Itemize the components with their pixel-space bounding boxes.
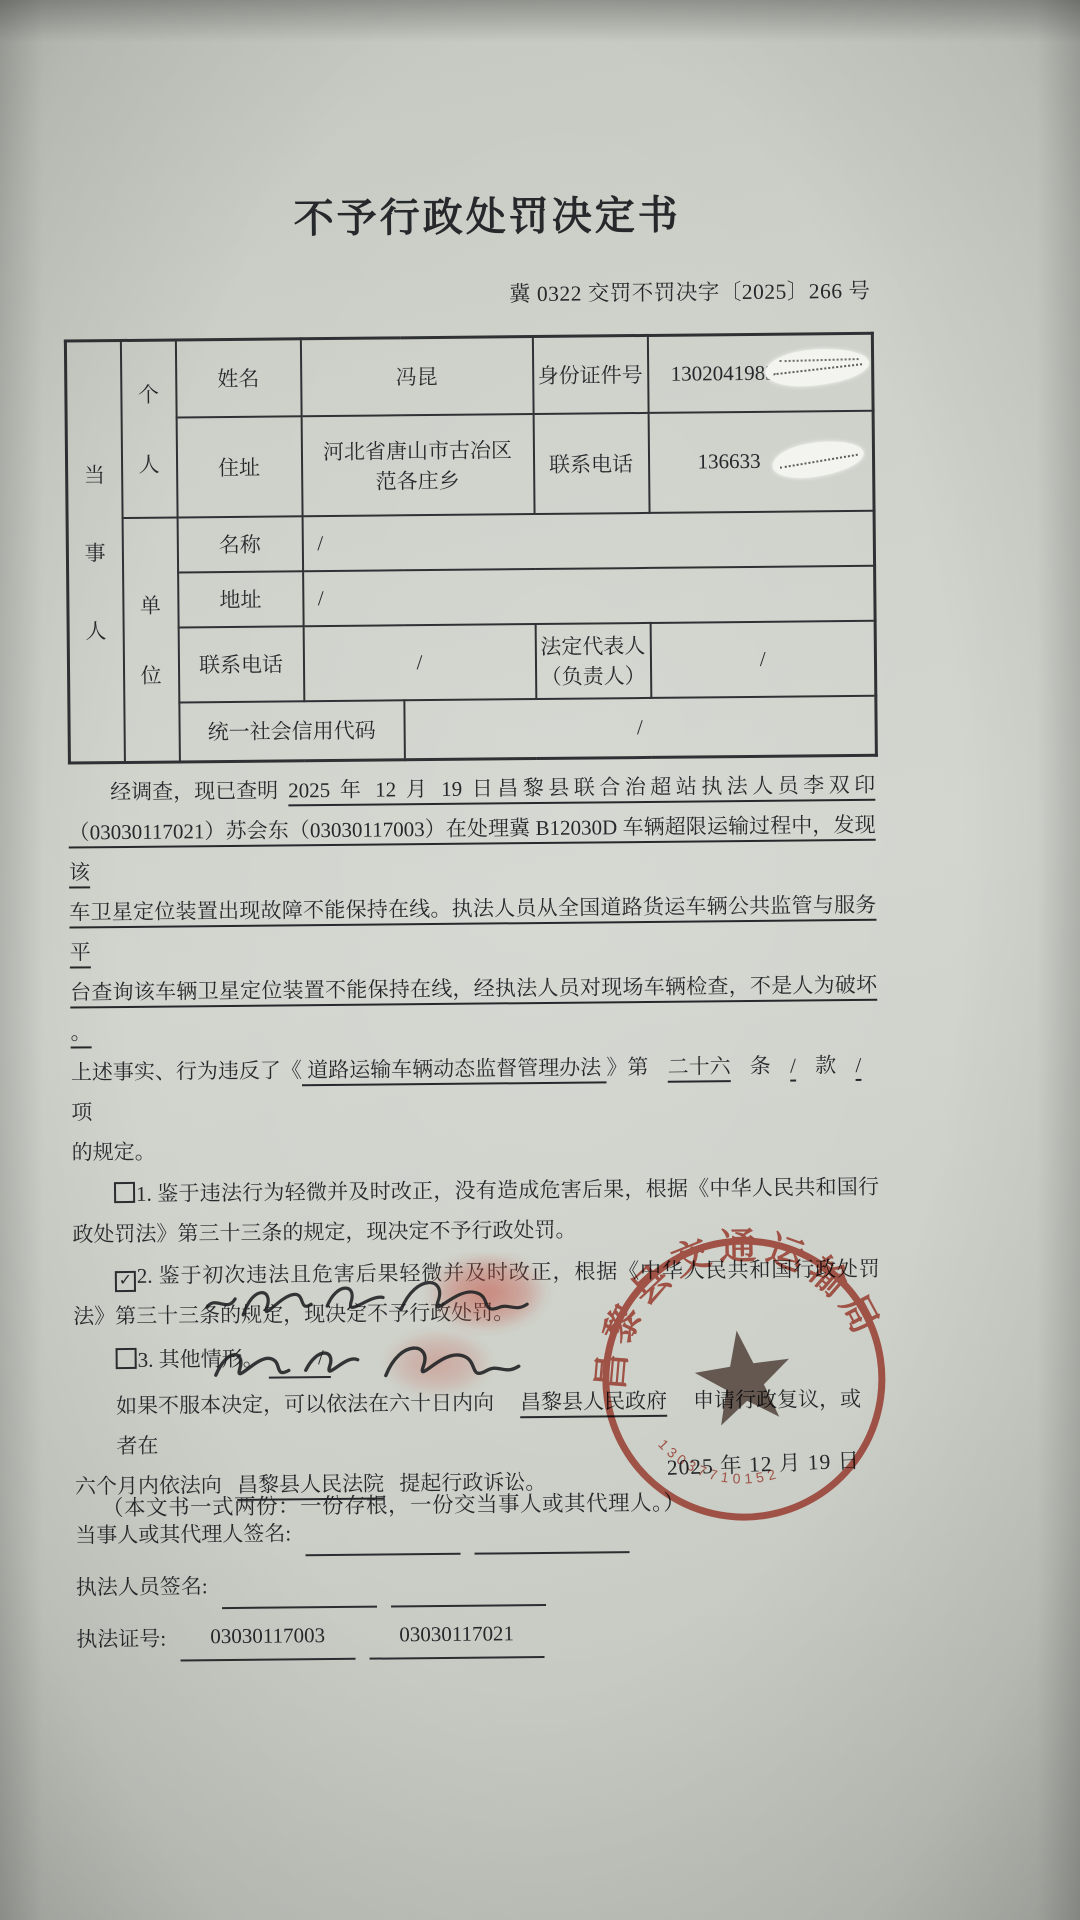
document-number: 冀 0322 交罚不罚决字〔2025〕266 号 bbox=[509, 274, 871, 308]
credit-code-value: / bbox=[404, 695, 877, 760]
officer-signature-blank-2 bbox=[390, 1564, 545, 1607]
name-value: 冯昆 bbox=[300, 337, 533, 416]
redaction-mark-id bbox=[764, 345, 871, 389]
document-sheet: 不予行政处罚决定书 冀 0322 交罚不罚决字〔2025〕266 号 当 事 人… bbox=[0, 0, 1080, 1920]
checkbox-unchecked-1 bbox=[114, 1182, 135, 1203]
certificate-number-line: 执法证号:0303011700303030117021 bbox=[76, 1609, 883, 1663]
name-label: 姓名 bbox=[175, 339, 301, 417]
cert-number-2: 03030117021 bbox=[369, 1616, 544, 1660]
violation-line: 上述事实、行为违反了《 道路运输车辆动态监督管理办法 》第 二十六 条 / 款 … bbox=[71, 1045, 879, 1133]
findings-line-3: 车卫星定位装置出现故障不能保持在线。执法人员从全国道路货运车辆公共监管与服务平 bbox=[69, 885, 877, 973]
seal-code: 13037710152 bbox=[654, 1420, 782, 1500]
findings-intro: 经调查，现已查明 bbox=[110, 771, 278, 813]
org-phone-value: / bbox=[303, 624, 536, 701]
cert-number-1: 03030117003 bbox=[180, 1618, 355, 1662]
law-name: 道路运输车辆动态监督管理办法 bbox=[302, 1055, 607, 1082]
legal-rep-value: / bbox=[650, 620, 876, 697]
article-blank: 二十六 bbox=[654, 1054, 745, 1079]
check-mark: ✓ bbox=[119, 1272, 133, 1289]
org-address-label: 地址 bbox=[178, 571, 304, 627]
credit-code-label: 统一社会信用代码 bbox=[179, 700, 405, 762]
individual-header-cell: 个 人 bbox=[120, 340, 177, 518]
address-value: 河北省唐山市古冶区范各庄乡 bbox=[301, 414, 534, 516]
organization-header-cell: 单 位 bbox=[122, 517, 179, 763]
org-name-label: 名称 bbox=[177, 516, 303, 572]
phone-label: 联系电话 bbox=[533, 412, 649, 513]
checkbox-checked-2: ✓ bbox=[115, 1271, 136, 1292]
id-value: 130204198305 bbox=[647, 333, 873, 412]
findings-closing: 的规定。 bbox=[71, 1125, 878, 1173]
checkbox-unchecked-3 bbox=[116, 1348, 137, 1369]
findings-line-2: （03030117021）苏会东（03030117003）在处理冀 B12030… bbox=[68, 805, 876, 893]
org-name-value: / bbox=[302, 510, 875, 570]
org-address-value: / bbox=[303, 565, 876, 625]
findings-line-4: 台查询该车辆卫星定位装置不能保持在线，经执法人员对现场车辆检查，不是人为破坏 。 bbox=[70, 965, 878, 1053]
officer-signature-blank-1 bbox=[221, 1566, 376, 1609]
phone-value: 136633 bbox=[648, 410, 874, 512]
footer-note: （本文书一式两份：一份存根，一份交当事人或其代理人。） bbox=[102, 1486, 686, 1523]
document-title: 不予行政处罚决定书 bbox=[0, 180, 1075, 247]
id-label: 身份证件号 bbox=[532, 335, 648, 413]
seal-star bbox=[690, 1324, 798, 1429]
officer-signature-line: 执法人员签名: bbox=[76, 1557, 883, 1611]
clause-blank: / bbox=[776, 1053, 810, 1077]
official-seal: 昌黎县交通运输局 13037710152 bbox=[570, 1205, 918, 1553]
party-info-table: 当 事 人 个 人 姓名 冯昆 身份证件号 130204198305 bbox=[64, 332, 878, 765]
party-header-cell: 当 事 人 bbox=[65, 341, 124, 764]
fingerprint-mark-1 bbox=[425, 1252, 550, 1333]
legal-rep-label: 法定代表人 （负责人） bbox=[535, 622, 651, 698]
org-phone-label: 联系电话 bbox=[178, 626, 304, 702]
address-label: 住址 bbox=[176, 416, 302, 517]
redaction-mark-phone bbox=[770, 436, 866, 482]
findings-filled-1: 2025 年 12 月 19 日昌黎县联合治超站执法人员李双印 bbox=[288, 765, 875, 811]
item-blank: / bbox=[841, 1053, 875, 1077]
